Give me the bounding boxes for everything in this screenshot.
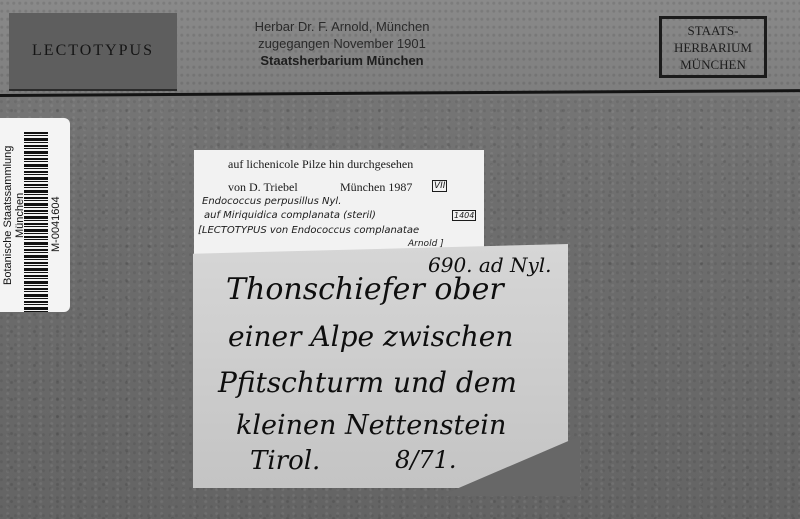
revision-date-annotation: VII [432, 180, 447, 192]
original-label-line4: kleinen Nettenstein [236, 410, 506, 441]
stamp-line1: STAATS- [688, 22, 739, 39]
original-label-line2: einer Alpe zwischen [228, 320, 513, 353]
barcode-label: Botanische Staatssammlung München M-0041… [0, 118, 70, 312]
lectotypus-text: LECTOTYPUS [32, 42, 154, 60]
original-label-line5: Tirol. [250, 446, 320, 476]
institution-name: Botanische Staatssammlung München [2, 122, 22, 308]
original-label-line1: Thonschiefer ober [226, 272, 504, 307]
arnold-stamp-line3: Staatsherbarium München [222, 52, 462, 69]
revision-typed-place-year: München 1987 [340, 180, 412, 195]
lectotypus-label: LECTOTYPUS [9, 13, 177, 91]
stamp-line2: HERBARIUM [674, 39, 752, 56]
arnold-stamp: Herbar Dr. F. Arnold, München zugegangen… [222, 18, 462, 69]
stamp-line3: MÜNCHEN [680, 56, 746, 73]
arnold-stamp-line1: Herbar Dr. F. Arnold, München [222, 18, 462, 35]
revision-label: auf lichenicole Pilze hin durchgesehen v… [194, 150, 484, 254]
arnold-stamp-line2: zugegangen November 1901 [222, 35, 462, 52]
revision-hand-line3: [LECTOTYPUS von Endococcus complanatae [198, 225, 419, 236]
staatsherbarium-stamp: STAATS- HERBARIUM MÜNCHEN [659, 16, 767, 78]
revision-typed-author: von D. Triebel [228, 180, 298, 195]
barcode-icon [24, 132, 48, 312]
revision-number-box: 1404 [452, 210, 476, 221]
original-label-date: 8/71. [395, 446, 457, 474]
barcode-number: M-0041604 [50, 174, 68, 274]
original-label-line3: Pfitschturm und dem [218, 366, 517, 399]
revision-hand-line2: auf Miriquidica complanata (steril) [204, 210, 376, 221]
revision-typed-line1: auf lichenicole Pilze hin durchgesehen [228, 157, 413, 172]
revision-hand-line1: Endococcus perpusillus Nyl. [202, 196, 341, 207]
